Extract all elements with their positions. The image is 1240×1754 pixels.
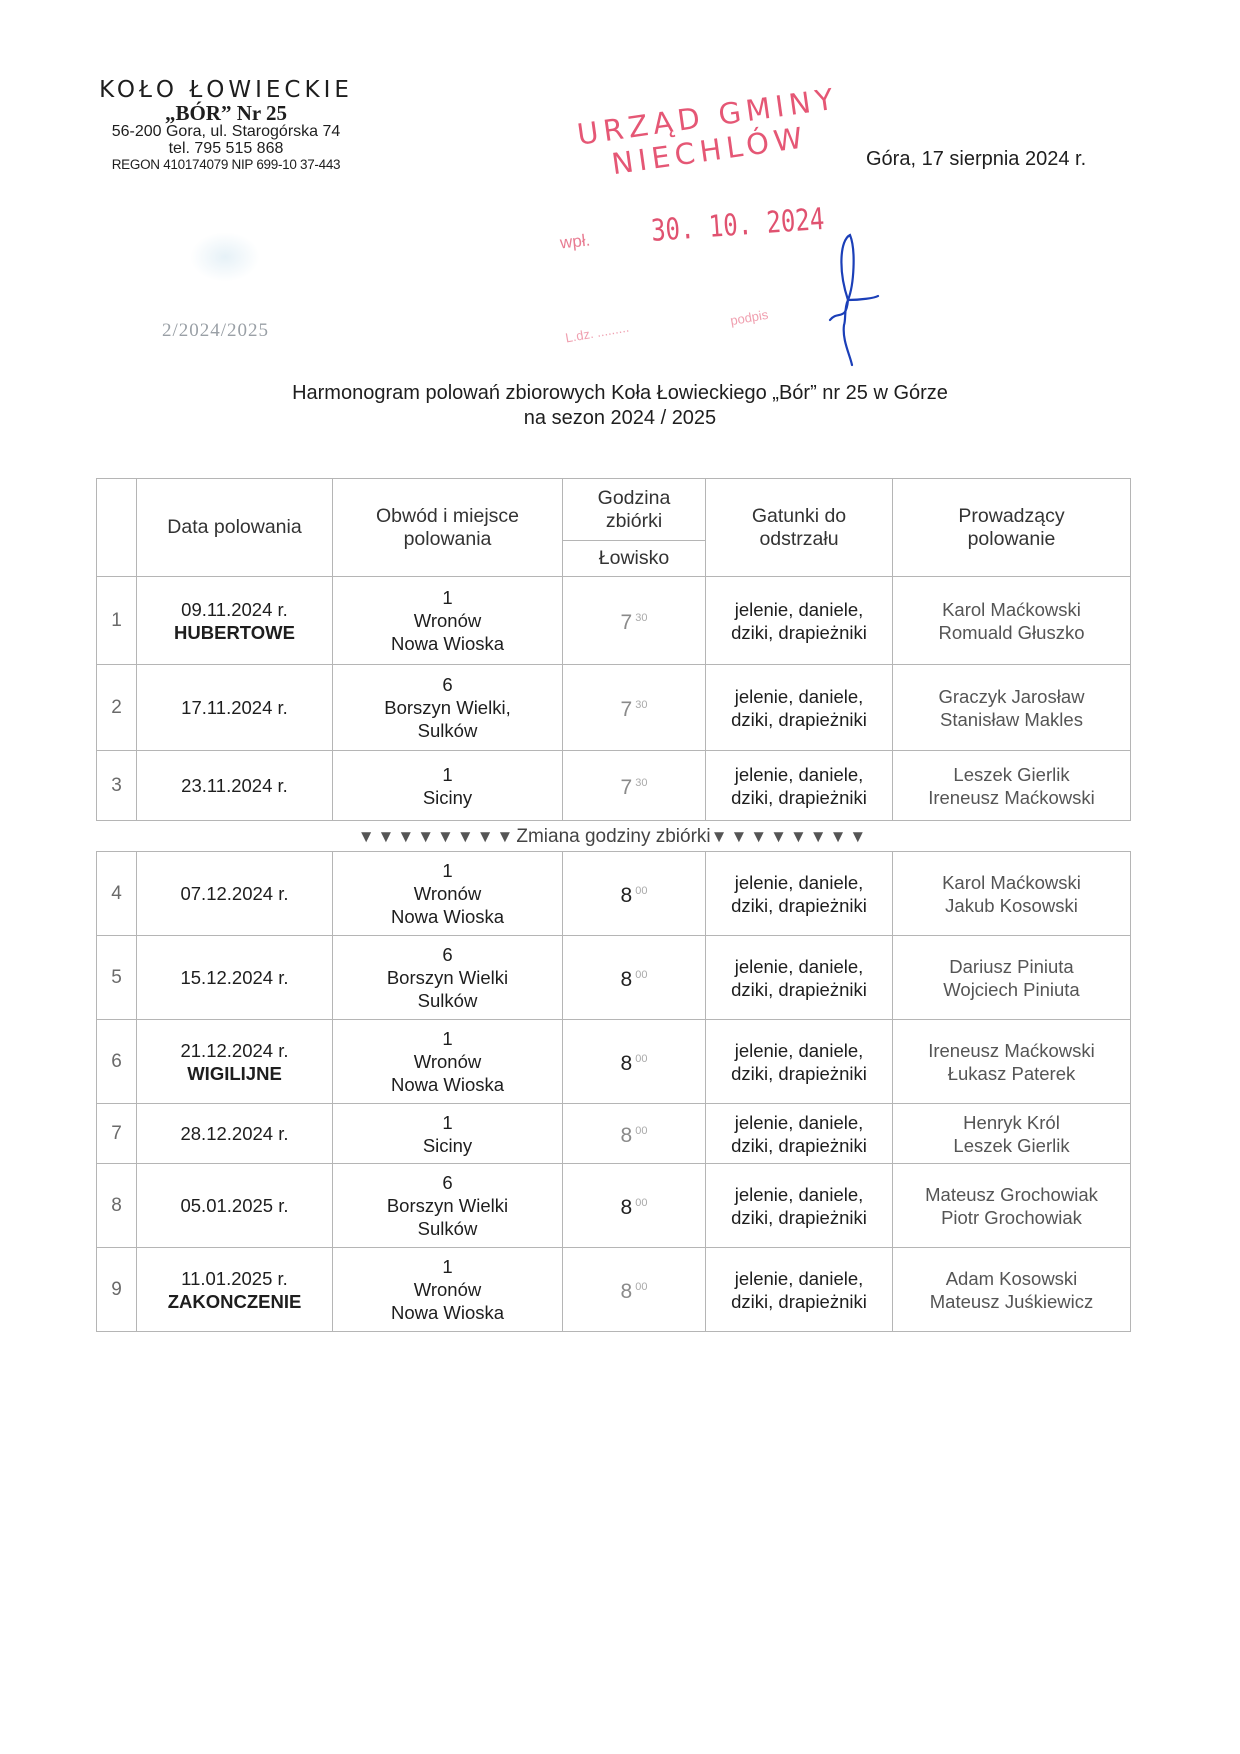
species-line: jelenie, daniele, xyxy=(706,685,892,708)
leader-name: Łukasz Paterek xyxy=(893,1062,1130,1085)
location-cell: 1WronówNowa Wioska xyxy=(333,852,563,936)
header-number xyxy=(97,479,137,577)
place-name: Siciny xyxy=(333,1134,562,1157)
species-cell: jelenie, daniele,dziki, drapieżniki xyxy=(706,1248,893,1332)
down-arrows-icon: ▼▼▼▼▼▼▼▼ xyxy=(358,827,517,846)
meeting-hour: 730 xyxy=(563,577,706,665)
table-row: 805.01.2025 r.6Borszyn WielkiSulków800je… xyxy=(97,1164,1131,1248)
meeting-hour: 730 xyxy=(563,665,706,751)
species-cell: jelenie, daniele,dziki, drapieżniki xyxy=(706,1020,893,1104)
header-hour: Godzina zbiórki xyxy=(563,479,706,541)
meeting-minutes: 00 xyxy=(635,1053,647,1065)
hunt-date: 11.01.2025 r. xyxy=(137,1267,332,1290)
org-address: 56-200 Gora, ul. Starogórska 74 xyxy=(86,124,366,141)
row-number: 7 xyxy=(97,1104,137,1164)
leader-name: Ireneusz Maćkowski xyxy=(893,786,1130,809)
table-row: 323.11.2024 r.1Siciny730jelenie, daniele… xyxy=(97,751,1131,821)
table-row: 515.12.2024 r.6Borszyn WielkiSulków800je… xyxy=(97,936,1131,1020)
header-species: Gatunki do odstrzału xyxy=(706,479,893,577)
reference-number: 2/2024/2025 xyxy=(162,320,269,342)
stamp-ldz-label: L.dz. ......... xyxy=(564,320,630,346)
location-cell: 6Borszyn WielkiSulków xyxy=(333,1164,563,1248)
place-name: Borszyn Wielki xyxy=(333,966,562,989)
species-line: jelenie, daniele, xyxy=(706,1111,892,1134)
table-row: 621.12.2024 r.WIGILIJNE1WronówNowa Wiosk… xyxy=(97,1020,1131,1104)
hunt-date: 09.11.2024 r. xyxy=(137,598,332,621)
document-title: Harmonogram polowań zbiorowych Koła Łowi… xyxy=(0,381,1240,431)
leader-name: Mateusz Juśkiewicz xyxy=(893,1290,1130,1313)
leaders-cell: Adam KosowskiMateusz Juśkiewicz xyxy=(893,1248,1131,1332)
meeting-hour: 800 xyxy=(563,1164,706,1248)
hunt-date-cell: 21.12.2024 r.WIGILIJNE xyxy=(137,1020,333,1104)
row-number: 6 xyxy=(97,1020,137,1104)
species-line: dziki, drapieżniki xyxy=(706,1134,892,1157)
district-number: 1 xyxy=(333,1111,562,1134)
stamp-signature-label: podpis xyxy=(729,307,769,328)
location-cell: 1WronówNowa Wioska xyxy=(333,1020,563,1104)
leader-name: Jakub Kosowski xyxy=(893,894,1130,917)
meeting-hour: 800 xyxy=(563,1020,706,1104)
district-number: 1 xyxy=(333,763,562,786)
place-name: Wronów xyxy=(333,882,562,905)
district-number: 1 xyxy=(333,586,562,609)
table-row: 217.11.2024 r.6Borszyn Wielki,Sulków730j… xyxy=(97,665,1131,751)
meeting-minutes: 00 xyxy=(635,1197,647,1209)
species-line: dziki, drapieżniki xyxy=(706,1062,892,1085)
organization-header: KOŁO ŁOWIECKIE „BÓR” Nr 25 56-200 Gora, … xyxy=(86,78,366,172)
district-number: 1 xyxy=(333,1027,562,1050)
species-line: jelenie, daniele, xyxy=(706,871,892,894)
meeting-minutes: 00 xyxy=(635,1281,647,1293)
species-line: jelenie, daniele, xyxy=(706,1267,892,1290)
change-notice-text: Zmiana godziny zbiórki xyxy=(516,826,710,847)
hunt-date-cell: 15.12.2024 r. xyxy=(137,936,333,1020)
office-stamp: URZĄD GMINY NIECHLÓW xyxy=(575,81,845,185)
meeting-minutes: 30 xyxy=(635,699,647,711)
leader-name: Wojciech Piniuta xyxy=(893,978,1130,1001)
title-line-2: na sezon 2024 / 2025 xyxy=(0,406,1240,431)
district-number: 1 xyxy=(333,1255,562,1278)
hunt-note: HUBERTOWE xyxy=(137,621,332,644)
species-cell: jelenie, daniele,dziki, drapieżniki xyxy=(706,852,893,936)
location-cell: 6Borszyn WielkiSulków xyxy=(333,936,563,1020)
down-arrows-icon: ▼▼▼▼▼▼▼▼ xyxy=(711,827,870,846)
place-name: Nowa Wioska xyxy=(333,1073,562,1096)
hunt-date-cell: 09.11.2024 r.HUBERTOWE xyxy=(137,577,333,665)
table-row: 109.11.2024 r.HUBERTOWE1WronówNowa Wiosk… xyxy=(97,577,1131,665)
meeting-hour: 800 xyxy=(563,852,706,936)
hunt-date-cell: 28.12.2024 r. xyxy=(137,1104,333,1164)
species-line: jelenie, daniele, xyxy=(706,763,892,786)
hunt-date: 21.12.2024 r. xyxy=(137,1039,332,1062)
hunt-note: WIGILIJNE xyxy=(137,1062,332,1085)
leader-name: Piotr Grochowiak xyxy=(893,1206,1130,1229)
species-line: jelenie, daniele, xyxy=(706,1183,892,1206)
place-name: Sulków xyxy=(333,719,562,742)
place-name: Nowa Wioska xyxy=(333,632,562,655)
org-subname: „BÓR” Nr 25 xyxy=(86,102,366,124)
species-line: dziki, drapieżniki xyxy=(706,1206,892,1229)
org-name: KOŁO ŁOWIECKIE xyxy=(86,78,366,102)
district-number: 6 xyxy=(333,1171,562,1194)
hunt-date: 05.01.2025 r. xyxy=(137,1194,332,1217)
meeting-hour: 730 xyxy=(563,751,706,821)
change-notice: ▼▼▼▼▼▼▼▼Zmiana godziny zbiórki▼▼▼▼▼▼▼▼ xyxy=(97,821,1131,852)
species-cell: jelenie, daniele,dziki, drapieżniki xyxy=(706,1104,893,1164)
org-registry: REGON 410174079 NIP 699-10 37-443 xyxy=(86,158,366,172)
place-name: Wronów xyxy=(333,1278,562,1301)
species-line: dziki, drapieżniki xyxy=(706,894,892,917)
faint-seal-mark xyxy=(190,232,260,282)
signature-icon xyxy=(820,230,880,375)
org-phone: tel. 795 515 868 xyxy=(86,141,366,158)
species-cell: jelenie, daniele,dziki, drapieżniki xyxy=(706,665,893,751)
table-row: 407.12.2024 r.1WronówNowa Wioska800jelen… xyxy=(97,852,1131,936)
row-number: 1 xyxy=(97,577,137,665)
leader-name: Romuald Głuszko xyxy=(893,621,1130,644)
hunt-date: 17.11.2024 r. xyxy=(137,696,332,719)
header-leaders: Prowadzący polowanie xyxy=(893,479,1131,577)
district-number: 1 xyxy=(333,859,562,882)
leaders-cell: Graczyk JarosławStanisław Makles xyxy=(893,665,1131,751)
hunt-date-cell: 07.12.2024 r. xyxy=(137,852,333,936)
place-name: Wronów xyxy=(333,609,562,632)
hunt-date-cell: 23.11.2024 r. xyxy=(137,751,333,821)
species-cell: jelenie, daniele,dziki, drapieżniki xyxy=(706,1164,893,1248)
species-line: dziki, drapieżniki xyxy=(706,1290,892,1313)
place-name: Borszyn Wielki, xyxy=(333,696,562,719)
leader-name: Graczyk Jarosław xyxy=(893,685,1130,708)
hunt-date-cell: 05.01.2025 r. xyxy=(137,1164,333,1248)
hunt-date: 23.11.2024 r. xyxy=(137,774,332,797)
table-row: 728.12.2024 r.1Siciny800jelenie, daniele… xyxy=(97,1104,1131,1164)
place-and-date: Góra, 17 sierpnia 2024 r. xyxy=(866,148,1086,171)
meeting-hour: 800 xyxy=(563,936,706,1020)
location-cell: 6Borszyn Wielki,Sulków xyxy=(333,665,563,751)
species-cell: jelenie, daniele,dziki, drapieżniki xyxy=(706,936,893,1020)
leader-name: Karol Maćkowski xyxy=(893,871,1130,894)
stamp-received-label: wpł. xyxy=(559,230,591,253)
species-line: jelenie, daniele, xyxy=(706,955,892,978)
leaders-cell: Leszek GierlikIreneusz Maćkowski xyxy=(893,751,1131,821)
meeting-minutes: 00 xyxy=(635,1125,647,1137)
species-line: jelenie, daniele, xyxy=(706,598,892,621)
hunt-date-cell: 17.11.2024 r. xyxy=(137,665,333,751)
hunt-date-cell: 11.01.2025 r.ZAKONCZENIE xyxy=(137,1248,333,1332)
leader-name: Henryk Król xyxy=(893,1111,1130,1134)
place-name: Wronów xyxy=(333,1050,562,1073)
leaders-cell: Karol MaćkowskiJakub Kosowski xyxy=(893,852,1131,936)
place-name: Sulków xyxy=(333,1217,562,1240)
meeting-minutes: 30 xyxy=(635,777,647,789)
meeting-minutes: 00 xyxy=(635,885,647,897)
leaders-cell: Mateusz GrochowiakPiotr Grochowiak xyxy=(893,1164,1131,1248)
table-row: 911.01.2025 r.ZAKONCZENIE1WronówNowa Wio… xyxy=(97,1248,1131,1332)
location-cell: 1Siciny xyxy=(333,751,563,821)
row-number: 5 xyxy=(97,936,137,1020)
row-number: 2 xyxy=(97,665,137,751)
leader-name: Dariusz Piniuta xyxy=(893,955,1130,978)
row-number: 3 xyxy=(97,751,137,821)
species-cell: jelenie, daniele,dziki, drapieżniki xyxy=(706,751,893,821)
species-line: jelenie, daniele, xyxy=(706,1039,892,1062)
leader-name: Karol Maćkowski xyxy=(893,598,1130,621)
species-line: dziki, drapieżniki xyxy=(706,978,892,1001)
title-line-1: Harmonogram polowań zbiorowych Koła Łowi… xyxy=(0,381,1240,406)
leaders-cell: Karol MaćkowskiRomuald Głuszko xyxy=(893,577,1131,665)
leaders-cell: Henryk KrólLeszek Gierlik xyxy=(893,1104,1131,1164)
leader-name: Leszek Gierlik xyxy=(893,763,1130,786)
header-date: Data polowania xyxy=(137,479,333,577)
change-notice-row: ▼▼▼▼▼▼▼▼Zmiana godziny zbiórki▼▼▼▼▼▼▼▼ xyxy=(97,821,1131,852)
species-line: dziki, drapieżniki xyxy=(706,621,892,644)
location-cell: 1WronówNowa Wioska xyxy=(333,577,563,665)
location-cell: 1Siciny xyxy=(333,1104,563,1164)
hunt-date: 07.12.2024 r. xyxy=(137,882,332,905)
header-meeting-place: Łowisko xyxy=(563,541,706,577)
leaders-cell: Dariusz PiniutaWojciech Piniuta xyxy=(893,936,1131,1020)
leader-name: Stanisław Makles xyxy=(893,708,1130,731)
place-name: Nowa Wioska xyxy=(333,1301,562,1324)
species-line: dziki, drapieżniki xyxy=(706,708,892,731)
hunt-date: 28.12.2024 r. xyxy=(137,1122,332,1145)
leader-name: Leszek Gierlik xyxy=(893,1134,1130,1157)
leader-name: Ireneusz Maćkowski xyxy=(893,1039,1130,1062)
district-number: 6 xyxy=(333,673,562,696)
leaders-cell: Ireneusz MaćkowskiŁukasz Paterek xyxy=(893,1020,1131,1104)
species-line: dziki, drapieżniki xyxy=(706,786,892,809)
leader-name: Mateusz Grochowiak xyxy=(893,1183,1130,1206)
stamp-received-date: 30. 10. 2024 xyxy=(650,202,825,249)
hunt-note: ZAKONCZENIE xyxy=(137,1290,332,1313)
place-name: Siciny xyxy=(333,786,562,809)
district-number: 6 xyxy=(333,943,562,966)
schedule-table: Data polowania Obwód i miejsce polowania… xyxy=(96,478,1130,1332)
meeting-hour: 800 xyxy=(563,1248,706,1332)
location-cell: 1WronówNowa Wioska xyxy=(333,1248,563,1332)
place-name: Sulków xyxy=(333,989,562,1012)
meeting-hour: 800 xyxy=(563,1104,706,1164)
row-number: 8 xyxy=(97,1164,137,1248)
leader-name: Adam Kosowski xyxy=(893,1267,1130,1290)
meeting-minutes: 30 xyxy=(635,612,647,624)
row-number: 9 xyxy=(97,1248,137,1332)
place-name: Borszyn Wielki xyxy=(333,1194,562,1217)
header-location: Obwód i miejsce polowania xyxy=(333,479,563,577)
row-number: 4 xyxy=(97,852,137,936)
place-name: Nowa Wioska xyxy=(333,905,562,928)
meeting-minutes: 00 xyxy=(635,969,647,981)
species-cell: jelenie, daniele,dziki, drapieżniki xyxy=(706,577,893,665)
hunt-date: 15.12.2024 r. xyxy=(137,966,332,989)
